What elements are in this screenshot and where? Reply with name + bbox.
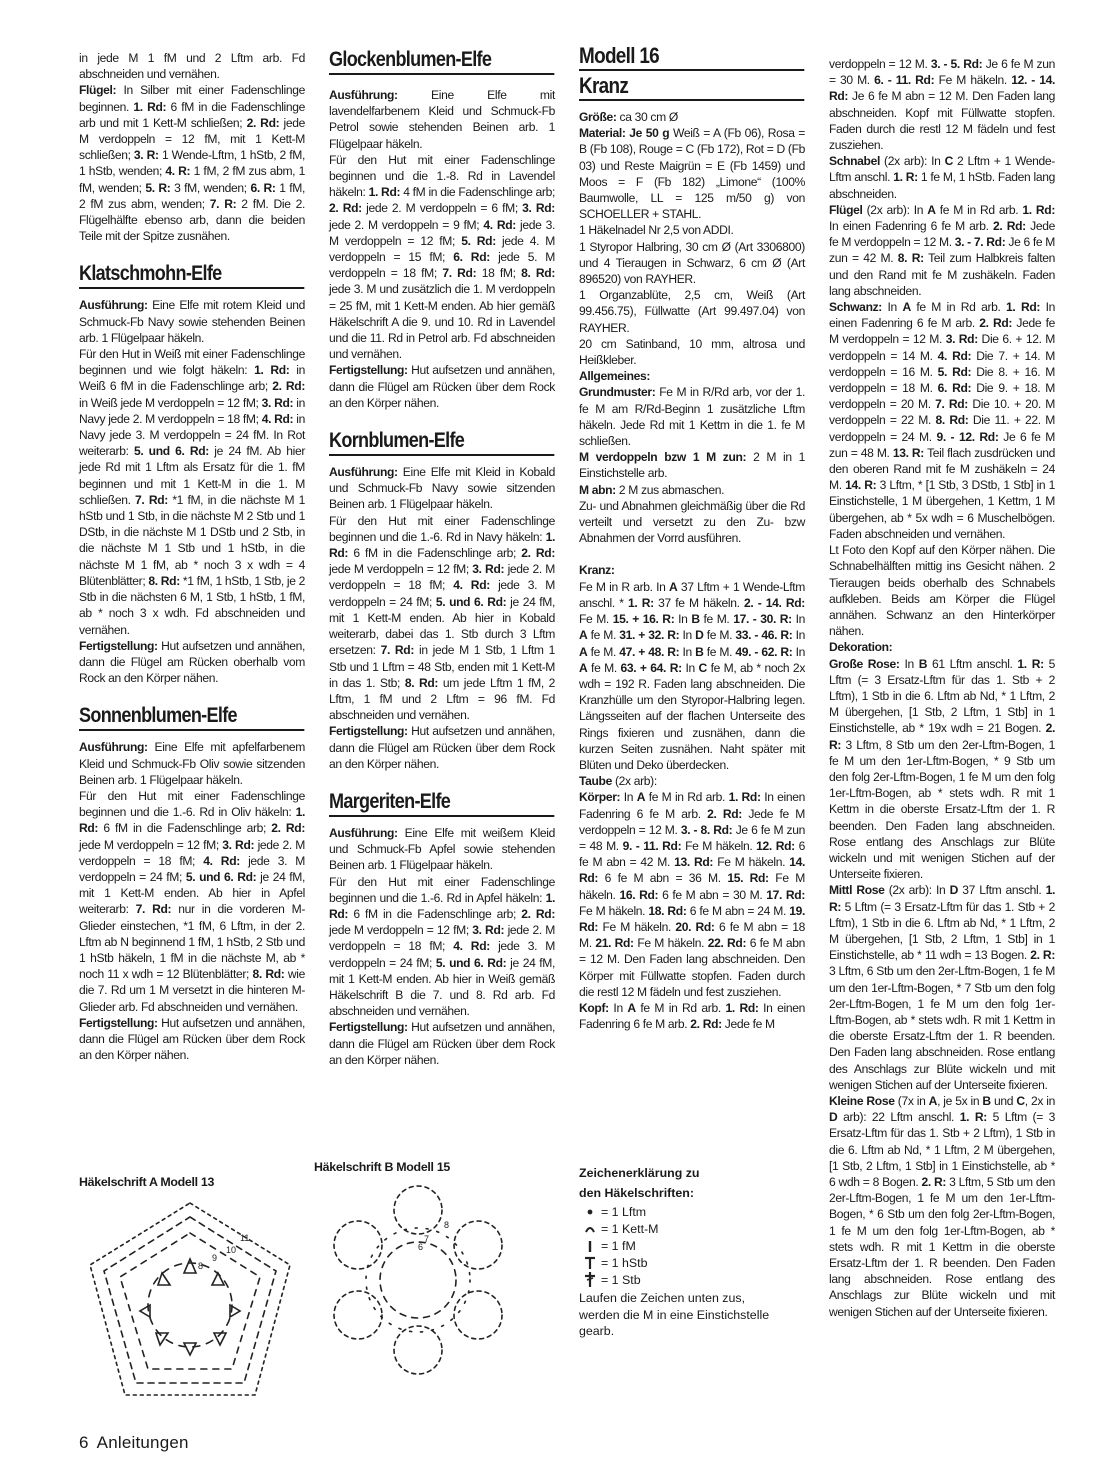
kranz-paragraph: Fe M in R arb. In A 37 Lftm + 1 Wende-Lf… bbox=[579, 579, 805, 773]
fertigstellung-label: Fertigstellung: bbox=[79, 639, 158, 653]
section-title-margeriten: Margeriten-Elfe bbox=[329, 790, 554, 817]
section-name: Anleitungen bbox=[97, 1433, 189, 1452]
dekoration-label: Dekoration: bbox=[829, 640, 892, 654]
taube-label: Taube bbox=[579, 774, 612, 788]
schwanz-paragraph: Schwanz: In A fe M in Rd arb. 1. Rd: In … bbox=[829, 299, 1055, 542]
hut-steps: 1. Rd: in Weiß 6 fM in die Fadenschlinge… bbox=[79, 363, 305, 636]
hut-intro: Für den Hut mit einer Fadenschlinge begi… bbox=[329, 514, 555, 544]
t-icon bbox=[579, 1256, 601, 1270]
page-number: 6 bbox=[79, 1433, 89, 1452]
groesse-paragraph: Größe: ca 30 cm Ø bbox=[579, 109, 805, 125]
legend-label: = 1 Stb bbox=[601, 1273, 641, 1287]
section-title-sonnenblumen: Sonnenblumen-Elfe bbox=[79, 704, 304, 731]
material-paragraph: Material: Je 50 g Weiß = A (Fb 06), Rosa… bbox=[579, 125, 805, 222]
legend-item: = 1 Stb bbox=[579, 1271, 799, 1288]
hut-paragraph: Für den Hut in Weiß mit einer Fadenschli… bbox=[79, 346, 305, 638]
kopf-paragraph: Kopf: In A fe M in Rd arb. 1. Rd: In ein… bbox=[579, 1000, 805, 1032]
crochet-chart-b-icon: 6 7 8 bbox=[318, 1180, 518, 1380]
legend-note: Laufen die Zeichen unten zus, werden die… bbox=[579, 1290, 779, 1340]
section-title-klatschmohn: Klatschmohn-Elfe bbox=[79, 262, 304, 289]
ausfuehrung-label: Ausführung: bbox=[79, 740, 148, 754]
schnabel-paragraph: Schnabel (2x arb): In C 2 Lftm + 1 Wende… bbox=[829, 153, 1055, 202]
fluegel-steps: 1. Rd: 6 fM in die Fadenschlinge arb und… bbox=[79, 100, 305, 244]
arc-icon bbox=[579, 1224, 601, 1234]
material-item: 1 Styropor Halbring, 30 cm Ø (Art 330680… bbox=[579, 239, 805, 288]
hut-paragraph: Für den Hut mit einer Fadenschlinge begi… bbox=[329, 513, 555, 724]
fertigstellung-paragraph: Fertigstellung: Hut aufsetzen und annähe… bbox=[79, 638, 305, 687]
fertigstellung-label: Fertigstellung: bbox=[329, 363, 408, 377]
ausfuehrung-paragraph: Ausführung: Eine Elfe mit weißem Kleid u… bbox=[329, 825, 555, 874]
verdoppeln-paragraph: M verdoppeln bzw 1 M zun: 2 M in 1 Einst… bbox=[579, 449, 805, 481]
legend-title: den Häkelschriften: bbox=[579, 1183, 799, 1203]
hut-paragraph: Für den Hut mit einer Fadenschlinge begi… bbox=[79, 788, 305, 1015]
grundmuster-label: Grundmuster: bbox=[579, 385, 655, 399]
groesse-value: ca 30 cm Ø bbox=[617, 110, 678, 124]
round-number: 9 bbox=[212, 1253, 217, 1263]
fertigstellung-paragraph: Fertigstellung: Hut aufsetzen und annähe… bbox=[79, 1015, 305, 1064]
hut-paragraph: Für den Hut mit einer Fadenschlinge begi… bbox=[329, 152, 555, 363]
round-number: 6 bbox=[418, 1242, 423, 1252]
taube-note: (2x arb): bbox=[612, 774, 657, 788]
hut-steps: 1. Rd: 6 fM in die Fadenschlinge arb; 2.… bbox=[79, 805, 305, 1013]
column-2: Glockenblumen-Elfe Ausführung: Eine Elfe… bbox=[329, 48, 555, 1068]
legend-item: = 1 fM bbox=[579, 1237, 799, 1254]
material-list: 1 Häkelnadel Nr 2,5 von ADDI.1 Styropor … bbox=[579, 222, 805, 368]
legend-item: = 1 hStb bbox=[579, 1254, 799, 1271]
groesse-label: Größe: bbox=[579, 110, 617, 124]
diagram-b-label: Häkelschrift B Modell 15 bbox=[314, 1160, 450, 1174]
material-item: 1 Häkelnadel Nr 2,5 von ADDI. bbox=[579, 222, 805, 238]
dot-icon bbox=[579, 1208, 601, 1216]
hut-steps: 1. Rd: 4 fM in die Fadenschlinge arb; 2.… bbox=[329, 185, 555, 361]
grosse-rose-paragraph: Große Rose: In B 61 Lftm anschl. 1. R: 5… bbox=[829, 656, 1055, 883]
ausfuehrung-label: Ausführung: bbox=[79, 298, 148, 312]
round-number: 7 bbox=[424, 1234, 429, 1244]
hut-intro: Für den Hut mit einer Fadenschlinge begi… bbox=[79, 789, 305, 819]
fertigstellung-paragraph: Fertigstellung: Hut aufsetzen und annähe… bbox=[329, 362, 555, 411]
fertigstellung-paragraph: Fertigstellung: Hut aufsetzen und annähe… bbox=[329, 1019, 555, 1068]
cross-icon bbox=[579, 1272, 601, 1288]
abn-paragraph: M abn: 2 M zus abmaschen. bbox=[579, 482, 805, 498]
kopf-continued-paragraph: verdoppeln = 12 M. 3. - 5. Rd: Je 6 fe M… bbox=[829, 56, 1055, 153]
kranz-heading: Kranz: bbox=[579, 562, 805, 578]
bar-icon bbox=[579, 1239, 601, 1253]
ausfuehrung-paragraph: Ausführung: Eine Elfe mit rotem Kleid un… bbox=[79, 297, 305, 346]
model-title-kranz: Kranz bbox=[579, 74, 804, 101]
fluegel-paragraph: Flügel (2x arb): In A fe M in Rd arb. 1.… bbox=[829, 202, 1055, 299]
symbol-legend: Zeichenerklärung zu den Häkelschriften: … bbox=[579, 1163, 799, 1340]
intro-paragraph: in jede M 1 fM und 2 Lftm arb. Fd abschn… bbox=[79, 50, 305, 82]
finish-paragraph: Lt Foto den Kopf auf den Körper nähen. D… bbox=[829, 542, 1055, 639]
legend-item: = 1 Kett-M bbox=[579, 1220, 799, 1237]
legend-label: = 1 fM bbox=[601, 1239, 636, 1253]
ausfuehrung-paragraph: Ausführung: Eine Elfe mit Kleid in Kobal… bbox=[329, 464, 555, 513]
fluegel-label: Flügel: bbox=[79, 83, 116, 97]
verdoppeln-label: M verdoppeln bzw 1 M zun: bbox=[579, 450, 746, 464]
grundmuster-paragraph: Grundmuster: Fe M in R/Rd arb, vor der 1… bbox=[579, 384, 805, 449]
column-3: Modell 16 Kranz Größe: ca 30 cm Ø Materi… bbox=[579, 44, 805, 1032]
kleine-rose-paragraph: Kleine Rose (7x in A, je 5x in B und C, … bbox=[829, 1093, 1055, 1320]
material-item: 1 Organzablüte, 2,5 cm, Weiß (Art 99.456… bbox=[579, 287, 805, 336]
dekoration-heading: Dekoration: bbox=[829, 639, 1055, 655]
allgemeines-heading: Allgemeines: bbox=[579, 368, 805, 384]
fertigstellung-label: Fertigstellung: bbox=[79, 1016, 158, 1030]
fluegel-paragraph: Flügel: In Silber mit einer Fadenschling… bbox=[79, 82, 305, 244]
material-label: Material: Je 50 g bbox=[579, 126, 669, 140]
legend-label: = 1 hStb bbox=[601, 1256, 648, 1270]
model-number-title: Modell 16 bbox=[579, 44, 804, 71]
kranz-label: Kranz: bbox=[579, 563, 615, 577]
hut-intro: Für den Hut mit einer Fadenschlinge begi… bbox=[329, 875, 555, 905]
ausfuehrung-paragraph: Ausführung: Eine Elfe mit apfelfarbenem … bbox=[79, 739, 305, 788]
fertigstellung-label: Fertigstellung: bbox=[329, 1020, 408, 1034]
ausfuehrung-paragraph: Ausführung: Eine Elfe mit lavendelfarben… bbox=[329, 87, 555, 152]
column-1: in jede M 1 fM und 2 Lftm arb. Fd abschn… bbox=[79, 50, 305, 1063]
legend-item: = 1 Lftm bbox=[579, 1203, 799, 1220]
hut-paragraph: Für den Hut mit einer Fadenschlinge begi… bbox=[329, 874, 555, 1020]
material-item: 20 cm Satinband, 10 mm, altrosa und Heiß… bbox=[579, 336, 805, 368]
round-number: 11 bbox=[240, 1233, 249, 1243]
fertigstellung-paragraph: Fertigstellung: Hut aufsetzen und annähe… bbox=[329, 723, 555, 772]
mittl-rose-paragraph: Mittl Rose (2x arb): In D 37 Lftm anschl… bbox=[829, 882, 1055, 1093]
material-text: Weiß = A (Fb 06), Rosa = B (Fb 108), Rou… bbox=[579, 126, 805, 221]
legend-label: = 1 Lftm bbox=[601, 1205, 646, 1219]
round-number: 10 bbox=[226, 1245, 236, 1255]
legend-title: Zeichenerklärung zu bbox=[579, 1163, 799, 1183]
legend-label: = 1 Kett-M bbox=[601, 1222, 659, 1236]
column-4: verdoppeln = 12 M. 3. - 5. Rd: Je 6 fe M… bbox=[829, 56, 1055, 1320]
ausfuehrung-label: Ausführung: bbox=[329, 465, 398, 479]
section-title-kornblumen: Kornblumen-Elfe bbox=[329, 429, 554, 456]
crochet-chart-a-icon: 8 9 10 11 bbox=[80, 1195, 300, 1405]
abn-text: 2 M zus abmaschen. bbox=[616, 483, 724, 497]
hut-steps: 1. Rd: 6 fM in die Fadenschlinge arb; 2.… bbox=[329, 891, 555, 1018]
koerper-paragraph: Körper: In A fe M in Rd arb. 1. Rd: In e… bbox=[579, 789, 805, 1000]
fertigstellung-label: Fertigstellung: bbox=[329, 724, 408, 738]
hut-steps: 1. Rd: 6 fM in die Fadenschlinge arb; 2.… bbox=[329, 530, 555, 722]
taube-heading: Taube (2x arb): bbox=[579, 773, 805, 789]
ausfuehrung-label: Ausführung: bbox=[329, 826, 398, 840]
abn-label: M abn: bbox=[579, 483, 616, 497]
diagram-a-label: Häkelschrift A Modell 13 bbox=[79, 1175, 214, 1189]
round-number: 8 bbox=[198, 1261, 203, 1271]
section-title-glockenblumen: Glockenblumen-Elfe bbox=[329, 48, 554, 75]
round-number: 8 bbox=[444, 1220, 449, 1230]
allgemeines-label: Allgemeines: bbox=[579, 369, 650, 383]
ausfuehrung-label: Ausführung: bbox=[329, 88, 398, 102]
zu-ab-paragraph: Zu- und Abnahmen gleichmäßig über die Rd… bbox=[579, 498, 805, 547]
page-footer: 6Anleitungen bbox=[79, 1433, 189, 1453]
